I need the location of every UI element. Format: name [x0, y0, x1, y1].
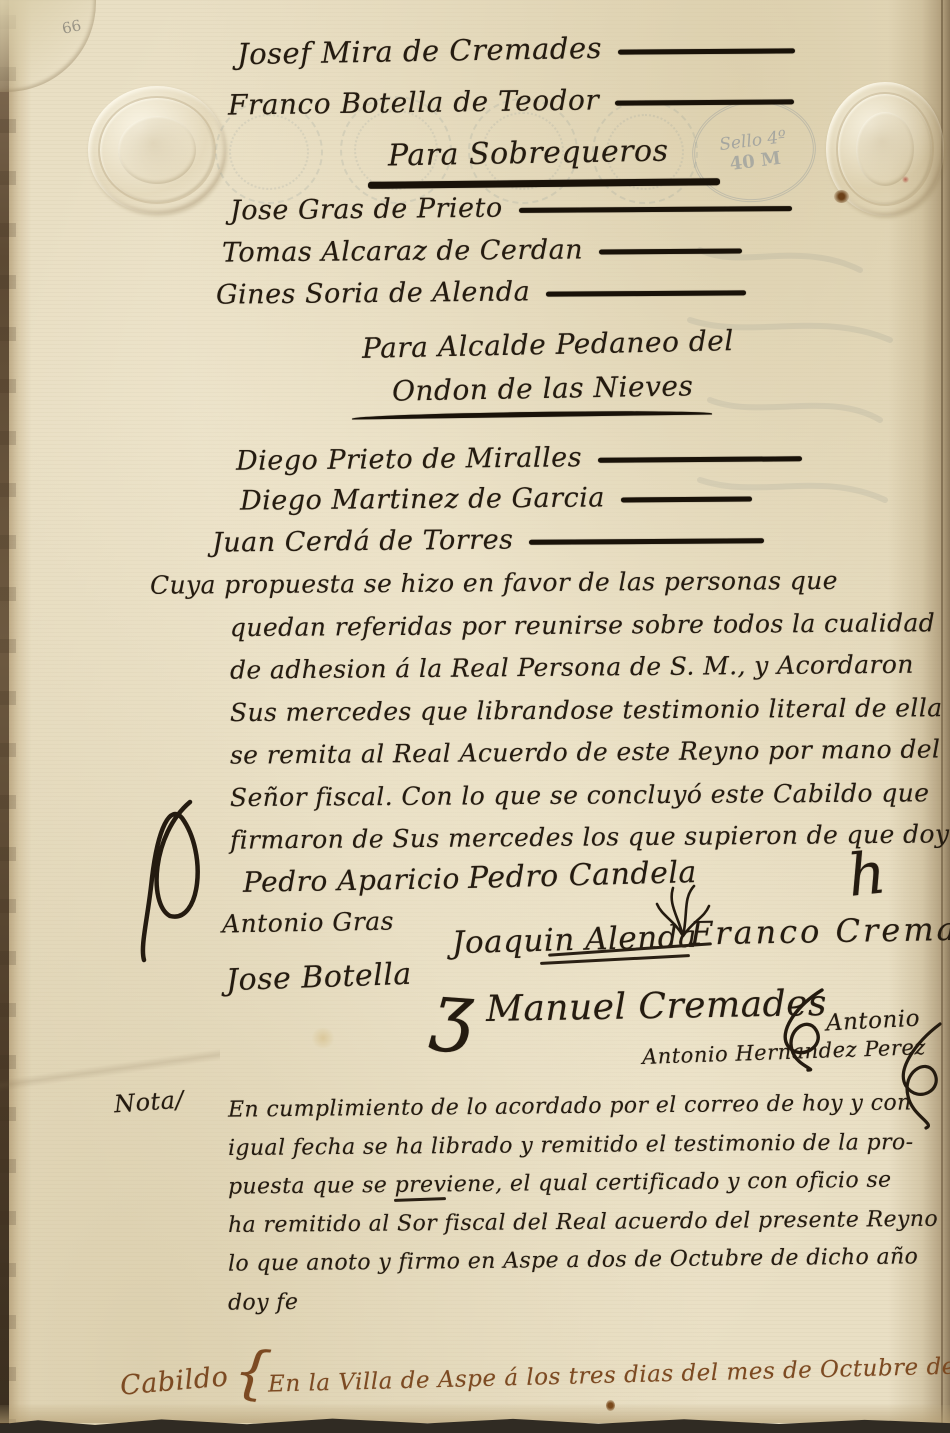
name-line: Josef Mira de Cremades: [237, 34, 795, 68]
section-heading-alcalde-1: Para Alcalde Pedaneo del: [362, 324, 734, 365]
name-text: Josef Mira de Cremades: [237, 31, 603, 71]
body-line: de adhesion á la Real Persona de S. M., …: [150, 644, 920, 693]
section-heading-sobrequeros: Para Sobrequeros: [388, 134, 669, 174]
body-line: Sus mercedes que librandose testimonio l…: [150, 687, 920, 735]
embossed-seal-left: [88, 86, 226, 214]
binding-blotches: [0, 0, 16, 1433]
signature-right-rubric: h: [845, 838, 890, 910]
manuel-flourish-glyph: ʒ: [429, 967, 477, 1056]
dash-rule: [598, 456, 802, 462]
yellow-spot: [310, 1028, 336, 1048]
bottom-edge-tan: [0, 1405, 950, 1423]
nota-line: lo que anoto y firmo en Aspe a dos de Oc…: [228, 1238, 918, 1284]
dash-rule: [618, 48, 795, 54]
corner-fold: [0, 0, 96, 92]
name-line: Diego Martinez de Garcia: [240, 484, 752, 515]
cabildo-label: Cabildo: [119, 1361, 230, 1401]
margin-rubric-flourish: [128, 796, 223, 966]
nota-line: puesta que se previene, el qual certific…: [228, 1161, 918, 1207]
name-line: Franco Botella de Teodor: [228, 86, 794, 119]
ink-stain: [834, 190, 849, 203]
name-text: Tomas Alcaraz de Cerdan: [222, 234, 583, 268]
name-text: Gines Soria de Alenda: [216, 276, 531, 310]
signature-antonio-gras: Antonio Gras: [222, 907, 394, 939]
name-text: Diego Prieto de Miralles: [236, 442, 582, 477]
dash-rule: [529, 538, 764, 545]
body-paragraph: Cuya propuesta se hizo en favor de las p…: [150, 562, 920, 860]
body-line: Señor fiscal. Con lo que se concluyó est…: [150, 772, 920, 820]
red-speck: [902, 176, 909, 183]
name-line: Tomas Alcaraz de Cerdan: [222, 236, 742, 267]
name-text: Franco Botella de Teodor: [228, 83, 600, 121]
body-line: Cuya propuesta se hizo en favor de las p…: [150, 559, 920, 607]
nota-line: doy fe: [228, 1277, 918, 1323]
signature-jose-botella: Jose Botella: [225, 957, 412, 998]
signature-pedro-aparicio: Pedro Aparicio: [243, 862, 460, 899]
cabildo-text: En la Villa de Aspe á los tres dias del …: [268, 1352, 950, 1397]
crease-line: [0, 1035, 220, 1105]
nota-label: Nota/: [113, 1086, 185, 1119]
dash-rule: [615, 99, 794, 105]
name-line: Diego Prieto de Miralles: [236, 444, 802, 475]
name-text: Juan Cerdá de Torres: [212, 524, 514, 558]
body-line: quedan referidas por reunirse sobre todo…: [150, 602, 920, 650]
name-line: Jose Gras de Prieto: [230, 194, 792, 225]
nota-line: igual fecha se ha librado y remitido el …: [228, 1123, 918, 1168]
name-line: Juan Cerdá de Torres: [212, 526, 764, 557]
name-line: Gines Soria de Alenda: [216, 278, 746, 309]
brown-speck: [606, 1400, 615, 1411]
underline-rule: [352, 409, 712, 419]
nota-paragraph: En cumplimiento de lo acordado por el co…: [228, 1088, 918, 1319]
nota-line: ha remitido al Sor fiscal del Real acuer…: [228, 1200, 918, 1245]
dash-rule: [546, 290, 746, 296]
body-line: firmaron de Sus mercedes los que supiero…: [150, 814, 920, 863]
dash-rule: [599, 249, 742, 255]
name-text: Diego Martinez de Garcia: [240, 482, 605, 516]
dash-rule: [621, 497, 752, 503]
name-text: Jose Gras de Prieto: [230, 193, 503, 227]
signature-franco-cremades: Franco Cremad: [690, 909, 950, 952]
manuscript-page: 66 Sello 4º 40 M Josef Mira de Cremades …: [0, 0, 950, 1433]
body-line: se remita al Real Acuerdo de este Reyno …: [150, 729, 920, 778]
nota-line: En cumplimiento de lo acordado por el co…: [228, 1084, 918, 1130]
section-heading-alcalde-2: Ondon de las Nieves: [392, 369, 694, 407]
dash-rule: [519, 206, 792, 213]
